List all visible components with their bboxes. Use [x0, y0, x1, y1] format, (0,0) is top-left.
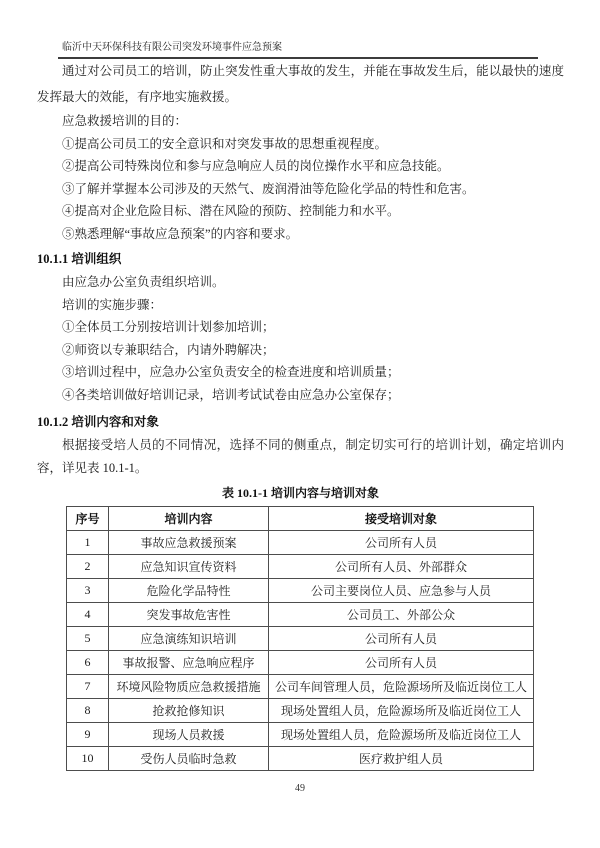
purpose-item-4: ④提高对企业危险目标、潜在风险的预防、控制能力和水平。	[37, 200, 564, 223]
org-paragraph: 由应急办公室负责组织培训。	[37, 271, 564, 294]
purpose-item-5: ⑤熟悉理解“事故应急预案”的内容和要求。	[37, 223, 564, 246]
page-number: 49	[0, 783, 600, 794]
cell-target: 公司员工、外部公众	[269, 603, 534, 627]
cell-no: 1	[67, 531, 109, 555]
content-object-paragraph: 根据接受培人员的不同情况，选择不同的侧重点，制定切实可行的培训计划，确定培训内容…	[37, 434, 564, 479]
cell-target: 公司所有人员	[269, 651, 534, 675]
cell-content: 应急演练知识培训	[109, 627, 269, 651]
table-row: 6 事故报警、应急响应程序 公司所有人员	[67, 651, 534, 675]
cell-no: 7	[67, 675, 109, 699]
table-row: 9 现场人员救援 现场处置组人员，危险源场所及临近岗位工人	[67, 723, 534, 747]
purpose-item-2: ②提高公司特殊岗位和参与应急响应人员的岗位操作水平和应急技能。	[37, 155, 564, 178]
steps-label: 培训的实施步骤：	[37, 294, 564, 317]
step-item-2: ②师资以专兼职结合，内请外聘解决；	[37, 339, 564, 362]
intro-paragraph: 通过对公司员工的培训，防止突发性重大事故的发生，并能在事故发生后，能以最快的速度…	[37, 58, 564, 110]
step-item-1: ①全体员工分别按培训计划参加培训；	[37, 316, 564, 339]
table-caption: 表 10.1-1 培训内容与培训对象	[37, 482, 564, 504]
col-header-target: 接受培训对象	[269, 507, 534, 531]
cell-content: 抢救抢修知识	[109, 699, 269, 723]
cell-content: 危险化学品特性	[109, 579, 269, 603]
table-row: 8 抢救抢修知识 现场处置组人员，危险源场所及临近岗位工人	[67, 699, 534, 723]
section-heading-10-1-2: 10.1.2 培训内容和对象	[37, 411, 564, 434]
cell-no: 3	[67, 579, 109, 603]
cell-no: 9	[67, 723, 109, 747]
document-content: 通过对公司员工的培训，防止突发性重大事故的发生，并能在事故发生后，能以最快的速度…	[37, 58, 564, 771]
cell-content: 事故应急救援预案	[109, 531, 269, 555]
table-row: 1 事故应急救援预案 公司所有人员	[67, 531, 534, 555]
cell-target: 公司所有人员	[269, 531, 534, 555]
header-title: 临沂中天环保科技有限公司突发环境事件应急预案	[62, 42, 282, 53]
cell-no: 4	[67, 603, 109, 627]
step-item-3: ③培训过程中，应急办公室负责安全的检查进度和培训质量；	[37, 361, 564, 384]
cell-no: 6	[67, 651, 109, 675]
cell-target: 公司所有人员、外部群众	[269, 555, 534, 579]
table-row: 2 应急知识宣传资料 公司所有人员、外部群众	[67, 555, 534, 579]
page-header: 临沂中天环保科技有限公司突发环境事件应急预案	[58, 41, 538, 59]
step-item-4: ④各类培训做好培训记录，培训考试试卷由应急办公室保存；	[37, 384, 564, 407]
table-header-row: 序号 培训内容 接受培训对象	[67, 507, 534, 531]
training-table: 序号 培训内容 接受培训对象 1 事故应急救援预案 公司所有人员 2 应急知识宣…	[66, 506, 534, 771]
cell-target: 公司车间管理人员，危险源场所及临近岗位工人	[269, 675, 534, 699]
col-header-content: 培训内容	[109, 507, 269, 531]
table-row: 7 环境风险物质应急救援措施 公司车间管理人员，危险源场所及临近岗位工人	[67, 675, 534, 699]
table-row: 4 突发事故危害性 公司员工、外部公众	[67, 603, 534, 627]
cell-target: 公司所有人员	[269, 627, 534, 651]
document-page: 临沂中天环保科技有限公司突发环境事件应急预案 通过对公司员工的培训，防止突发性重…	[0, 0, 600, 848]
cell-target: 医疗救护组人员	[269, 747, 534, 771]
cell-no: 8	[67, 699, 109, 723]
cell-content: 环境风险物质应急救援措施	[109, 675, 269, 699]
purpose-item-3: ③了解并掌握本公司涉及的天然气、废润滑油等危险化学品的特性和危害。	[37, 178, 564, 201]
col-header-no: 序号	[67, 507, 109, 531]
cell-no: 5	[67, 627, 109, 651]
table-row: 10 受伤人员临时急救 医疗救护组人员	[67, 747, 534, 771]
purpose-item-1: ①提高公司员工的安全意识和对突发事故的思想重视程度。	[37, 133, 564, 156]
cell-content: 受伤人员临时急救	[109, 747, 269, 771]
cell-no: 10	[67, 747, 109, 771]
table-row: 3 危险化学品特性 公司主要岗位人员、应急参与人员	[67, 579, 534, 603]
section-heading-10-1-1: 10.1.1 培训组织	[37, 248, 564, 271]
cell-no: 2	[67, 555, 109, 579]
cell-target: 公司主要岗位人员、应急参与人员	[269, 579, 534, 603]
cell-content: 应急知识宣传资料	[109, 555, 269, 579]
cell-content: 现场人员救援	[109, 723, 269, 747]
cell-target: 现场处置组人员，危险源场所及临近岗位工人	[269, 723, 534, 747]
cell-content: 突发事故危害性	[109, 603, 269, 627]
cell-target: 现场处置组人员，危险源场所及临近岗位工人	[269, 699, 534, 723]
cell-content: 事故报警、应急响应程序	[109, 651, 269, 675]
purpose-label: 应急救援培训的目的：	[37, 110, 564, 133]
table-row: 5 应急演练知识培训 公司所有人员	[67, 627, 534, 651]
